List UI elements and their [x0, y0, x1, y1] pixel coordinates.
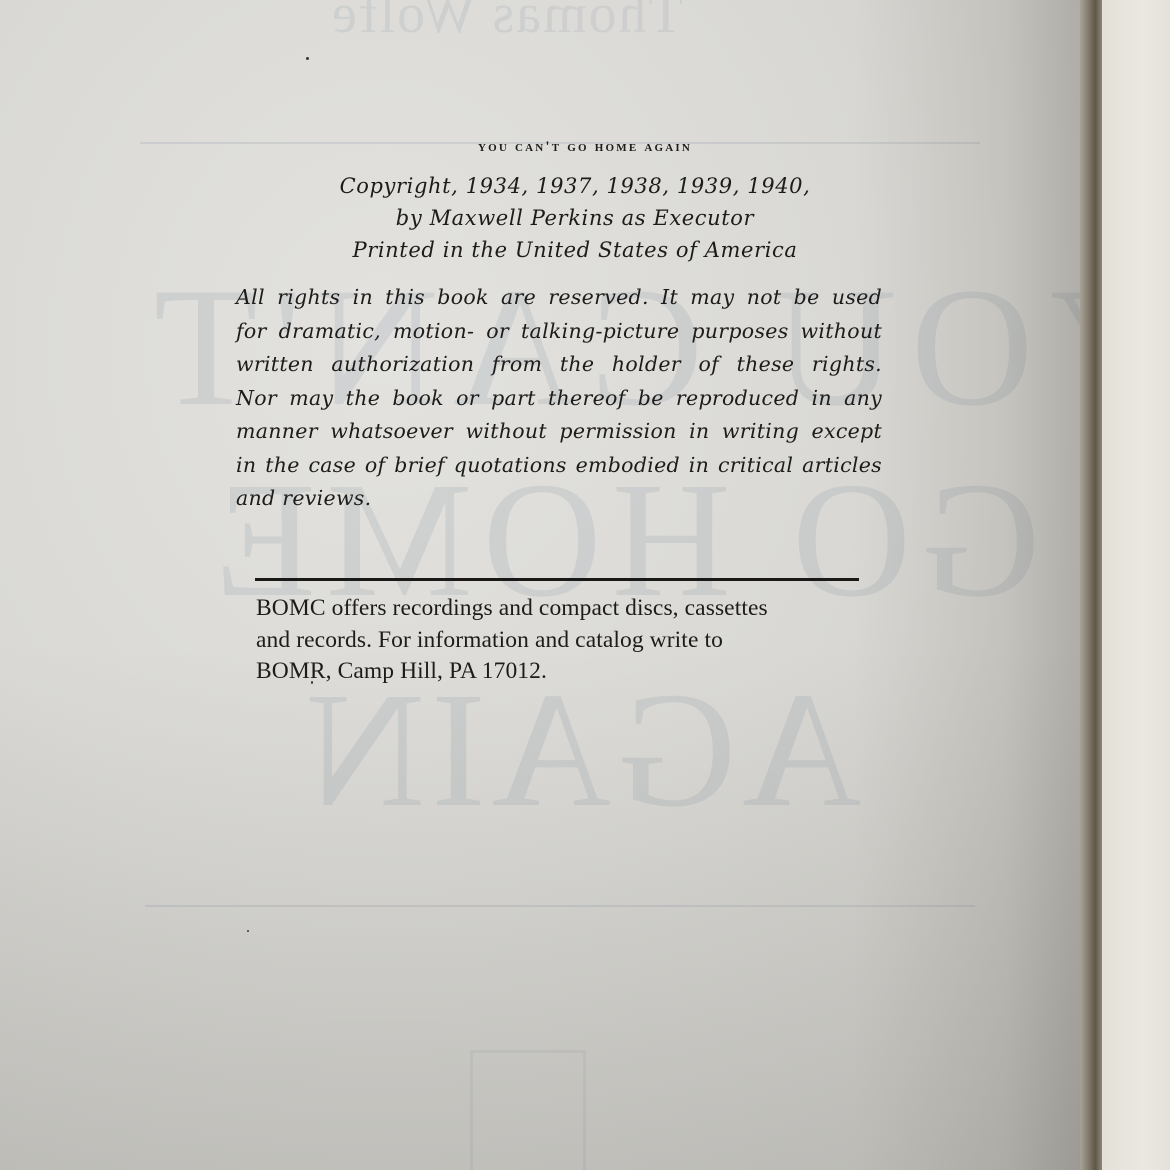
book-title-heading: YOU CAN'T GO HOME AGAIN — [380, 139, 790, 156]
show-through-author: Thomas Wolfe — [330, 0, 683, 46]
printed-in-line: Printed in the United States of America — [290, 234, 860, 266]
rights-line: in the case of brief quotations embodied… — [236, 449, 882, 483]
book-page: Thomas Wolfe YOU CAN'T GO HOME AGAIN YOU… — [0, 0, 1092, 1170]
paper-speck — [311, 681, 313, 684]
executor-line: by Maxwell Perkins as Executor — [290, 202, 860, 234]
bomc-line: BOMR, Camp Hill, PA 17012. — [256, 656, 866, 688]
show-through-publisher-logo — [470, 1050, 586, 1170]
bomc-line: and records. For information and catalog… — [256, 625, 866, 657]
paper-speck — [247, 930, 249, 932]
adjacent-page-edge — [1102, 0, 1170, 1170]
rights-line: written authorization from the holder of… — [236, 348, 882, 382]
rights-line: and reviews. — [236, 482, 882, 516]
rights-reserved-paragraph: All rights in this book are reserved. It… — [236, 281, 882, 516]
rights-line: for dramatic, motion- or talking-picture… — [236, 315, 882, 349]
rights-line: manner whatsoever without permission in … — [236, 415, 882, 449]
rights-line: All rights in this book are reserved. It… — [236, 281, 882, 315]
bomc-notice: BOMC offers recordings and compact discs… — [256, 593, 866, 688]
rights-line: Nor may the book or part thereof be repr… — [236, 382, 882, 416]
show-through-rule-bottom — [145, 905, 975, 907]
bomc-line: BOMC offers recordings and compact discs… — [256, 593, 866, 625]
copyright-notice: Copyright, 1934, 1937, 1938, 1939, 1940,… — [290, 170, 860, 266]
page-edge-gutter — [1080, 0, 1102, 1170]
copyright-line: Copyright, 1934, 1937, 1938, 1939, 1940, — [290, 170, 860, 202]
paper-speck — [306, 57, 309, 60]
divider-rule — [255, 578, 859, 581]
